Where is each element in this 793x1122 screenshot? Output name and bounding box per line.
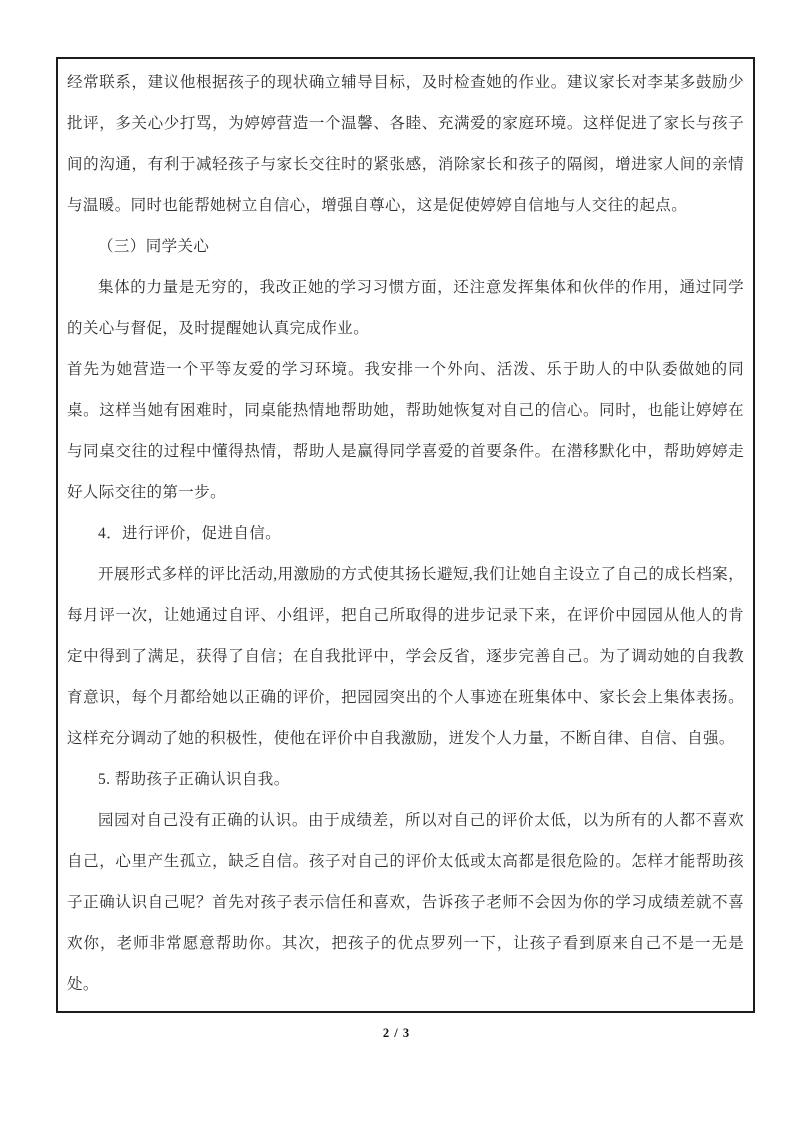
paragraph: 5. 帮助孩子正确认识自我。	[67, 759, 744, 800]
paragraph: 园园对自己没有正确的认识。由于成绩差，所以对自己的评价太低，以为所有的人都不喜欢…	[67, 800, 744, 1005]
paragraph: 首先为她营造一个平等友爱的学习环境。我安排一个外向、活泼、乐于助人的中队委做她的…	[67, 349, 744, 513]
paragraph: 4．进行评价，促进自信。	[67, 513, 744, 554]
paragraph: 集体的力量是无穷的，我改正她的学习习惯方面，还注意发挥集体和伙伴的作用，通过同学…	[67, 267, 744, 349]
paragraph: （三）同学关心	[67, 226, 744, 267]
paragraph: 经常联系，建议他根据孩子的现状确立辅导目标，及时检查她的作业。建议家长对李某多鼓…	[67, 62, 744, 226]
paragraph-container: 经常联系，建议他根据孩子的现状确立辅导目标，及时检查她的作业。建议家长对李某多鼓…	[67, 62, 744, 1013]
paragraph: 开展形式多样的评比活动,用激励的方式使其扬长避短,我们让她自主设立了自己的成长档…	[67, 554, 744, 759]
document-page: 经常联系，建议他根据孩子的现状确立辅导目标，及时检查她的作业。建议家长对李某多鼓…	[0, 0, 793, 1122]
text-frame: 经常联系，建议他根据孩子的现状确立辅导目标，及时检查她的作业。建议家长对李某多鼓…	[56, 57, 755, 1013]
page-number: 2 / 3	[0, 1026, 793, 1041]
paragraph: 6. 努力提高学习成绩，培养学习兴趣，摆脱厌学情绪。学习上严格要求，如：上课时，…	[67, 1005, 744, 1013]
